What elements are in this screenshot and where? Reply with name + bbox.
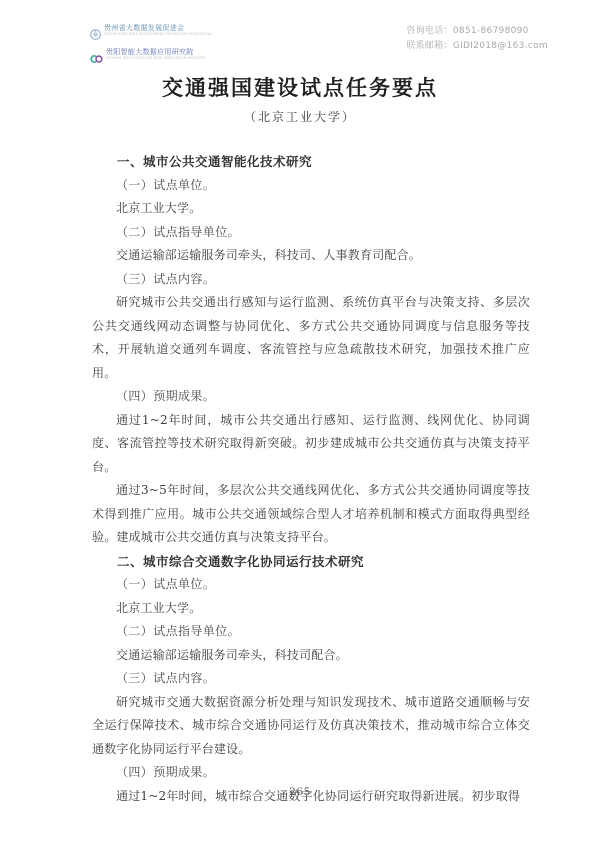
page-header: 贵州省大数据发展促进会 GUIZHOU BIG DATA DEVELOPMENT… xyxy=(90,24,548,68)
logo-block: 贵州省大数据发展促进会 GUIZHOU BIG DATA DEVELOPMENT… xyxy=(90,24,238,68)
contact-email-line: 联系邮箱：GIDI2018@163.com xyxy=(406,39,548,54)
institute-logo: 贵阳智能大数据应用研究院 GUIYANG INTELLIGENT BIG DAT… xyxy=(90,48,238,68)
contact-phone-line: 咨询电话：0851-86798090 xyxy=(406,24,548,39)
paragraph: 通过1~2年时间，城市公共交通出行感知、运行监测、线网优化、协同调度、客流管控等… xyxy=(92,409,530,480)
paragraph: 交通运输部运输服务司牵头，科技司配合。 xyxy=(92,644,530,668)
phone-label: 咨询电话： xyxy=(406,26,453,36)
document-subtitle: （北京工业大学） xyxy=(0,108,600,125)
page-number: 265 xyxy=(0,786,600,798)
paragraph: 通过3~5年时间，多层次公共交通线网优化、多方式公共交通协同调度等技术得到推广应… xyxy=(92,479,530,550)
paragraph: 北京工业大学。 xyxy=(92,197,530,221)
document-title: 交通强国建设试点任务要点 xyxy=(0,72,600,102)
institute-logo-subtext: GUIYANG INTELLIGENT BIG DATA APPLICATION… xyxy=(106,56,205,60)
phone-number: 0851-86798090 xyxy=(453,26,529,36)
clause-label: （一）试点单位。 xyxy=(92,573,530,597)
institute-logo-texts: 贵阳智能大数据应用研究院 GUIYANG INTELLIGENT BIG DAT… xyxy=(106,48,230,61)
clause-label: （三）试点内容。 xyxy=(92,667,530,691)
clause-label: （一）试点单位。 xyxy=(92,174,530,198)
institute-logo-title: 贵阳智能大数据应用研究院 xyxy=(106,48,230,56)
association-logo-texts: 贵州省大数据发展促进会 GUIZHOU BIG DATA DEVELOPMENT… xyxy=(104,24,238,37)
clause-label: （三）试点内容。 xyxy=(92,268,530,292)
clause-label: （二）试点指导单位。 xyxy=(92,221,530,245)
association-logo-title: 贵州省大数据发展促进会 xyxy=(104,24,238,32)
association-logo-subtext: GUIZHOU BIG DATA DEVELOPMENT PROMOTION A… xyxy=(104,32,212,36)
paragraph: 研究城市公共交通出行感知与运行监测、系统仿真平台与决策支持、多层次公共交通线网动… xyxy=(92,291,530,385)
association-logo: 贵州省大数据发展促进会 GUIZHOU BIG DATA DEVELOPMENT… xyxy=(90,24,238,44)
paragraph: 北京工业大学。 xyxy=(92,597,530,621)
document-body: 一、城市公共交通智能化技术研究 （一）试点单位。 北京工业大学。 （二）试点指导… xyxy=(92,150,530,808)
email-label: 联系邮箱： xyxy=(406,41,453,51)
contact-info: 咨询电话：0851-86798090 联系邮箱：GIDI2018@163.com xyxy=(406,24,548,54)
clause-label: （二）试点指导单位。 xyxy=(92,620,530,644)
section-heading: 一、城市公共交通智能化技术研究 xyxy=(92,150,530,174)
association-emblem-icon xyxy=(90,25,101,44)
email-address: GIDI2018@163.com xyxy=(453,41,548,51)
section-heading: 二、城市综合交通数字化协同运行技术研究 xyxy=(92,550,530,574)
clause-label: （四）预期成果。 xyxy=(92,761,530,785)
paragraph: 交通运输部运输服务司牵头，科技司、人事教育司配合。 xyxy=(92,244,530,268)
document-page: 贵州省大数据发展促进会 GUIZHOU BIG DATA DEVELOPMENT… xyxy=(0,0,600,848)
institute-swirl-icon xyxy=(90,49,103,68)
clause-label: （四）预期成果。 xyxy=(92,385,530,409)
paragraph: 研究城市交通大数据资源分析处理与知识发现技术、城市道路交通顺畅与安全运行保障技术… xyxy=(92,691,530,762)
